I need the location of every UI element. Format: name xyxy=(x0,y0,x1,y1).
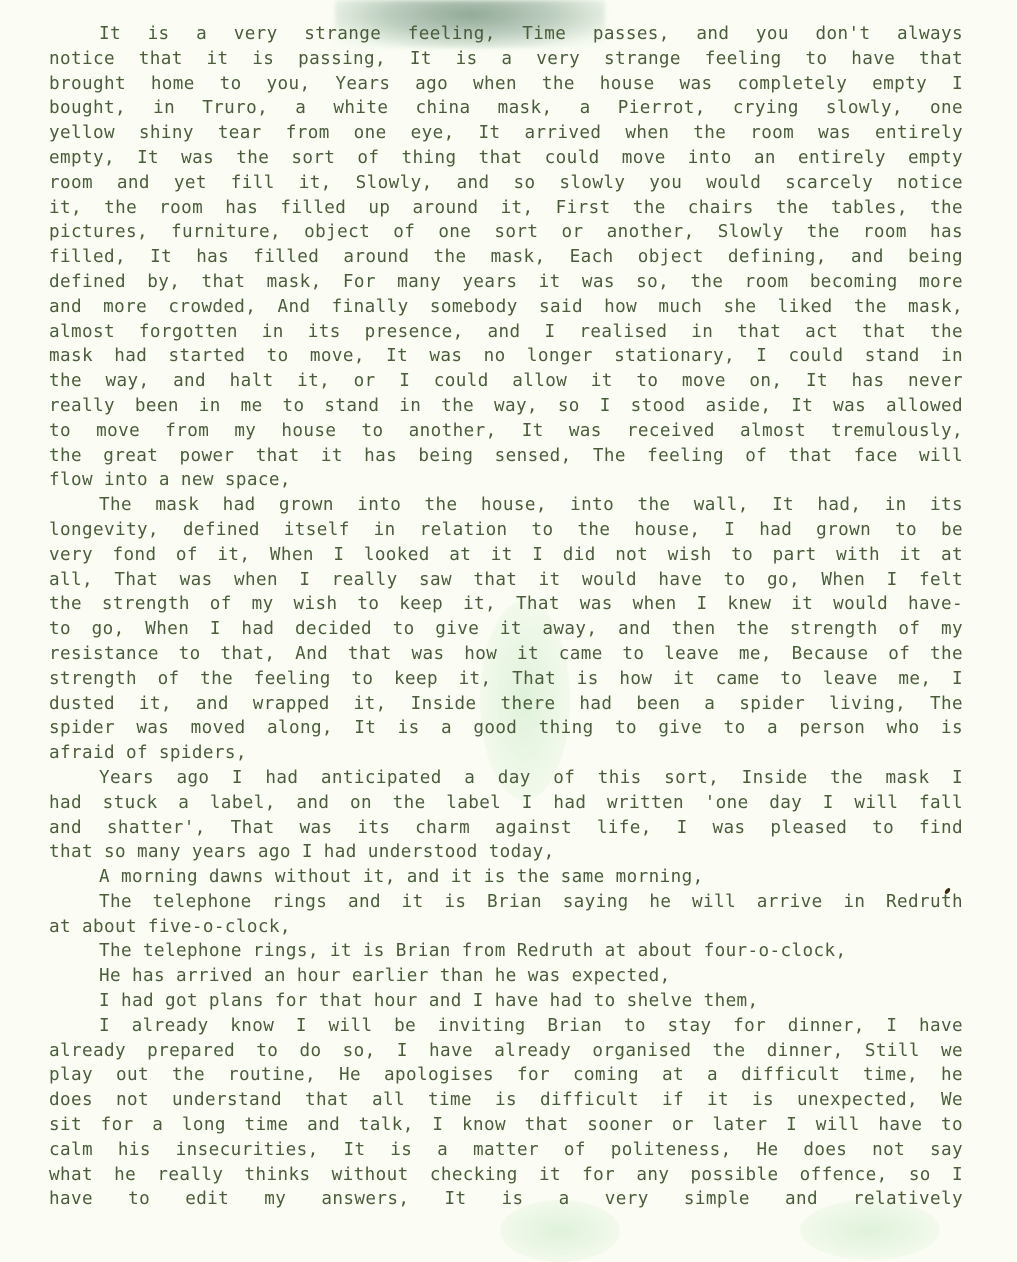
text-line: room and yet fill it, Slowly, and so slo… xyxy=(49,171,963,196)
paragraph: He has arrived an hour earlier than he w… xyxy=(49,964,963,989)
text-line: all, That was when I really saw that it … xyxy=(49,568,963,593)
text-line: and shatter', That was its charm against… xyxy=(49,816,963,841)
text-line: A morning dawns without it, and it is th… xyxy=(49,865,963,890)
text-line: bought, in Truro, a white china mask, a … xyxy=(49,96,963,121)
paragraph: A morning dawns without it, and it is th… xyxy=(49,865,963,890)
typed-page: It is a very strange feeling, Time passe… xyxy=(49,22,963,1212)
text-line: yellow shiny tear from one eye, It arriv… xyxy=(49,121,963,146)
text-line: very fond of it, When I looked at it I d… xyxy=(49,543,963,568)
text-line: The mask had grown into the house, into … xyxy=(49,493,963,518)
text-line: flow into a new space, xyxy=(49,468,963,493)
text-line: and more crowded, And finally somebody s… xyxy=(49,295,963,320)
text-line: longevity, defined itself in relation to… xyxy=(49,518,963,543)
paragraph: The telephone rings and it is Brian sayi… xyxy=(49,890,963,940)
text-line: spider was moved along, It is a good thi… xyxy=(49,716,963,741)
paragraph: The mask had grown into the house, into … xyxy=(49,493,963,766)
text-line: the great power that it has being sensed… xyxy=(49,444,963,469)
text-line: The telephone rings and it is Brian sayi… xyxy=(49,890,963,915)
text-line: empty, It was the sort of thing that cou… xyxy=(49,146,963,171)
text-line: resistance to that, And that was how it … xyxy=(49,642,963,667)
text-line: what he really thinks without checking i… xyxy=(49,1163,963,1188)
text-line: He has arrived an hour earlier than he w… xyxy=(49,964,963,989)
text-line: notice that it is passing, It is a very … xyxy=(49,47,963,72)
text-line: almost forgotten in its presence, and I … xyxy=(49,320,963,345)
text-line: defined by, that mask, For many years it… xyxy=(49,270,963,295)
text-line: the strength of my wish to keep it, That… xyxy=(49,592,963,617)
paragraph: The telephone rings, it is Brian from Re… xyxy=(49,939,963,964)
text-line: sit for a long time and talk, I know tha… xyxy=(49,1113,963,1138)
text-line: filled, It has filled around the mask, E… xyxy=(49,245,963,270)
text-line: had stuck a label, and on the label I ha… xyxy=(49,791,963,816)
paragraph: Years ago I had anticipated a day of thi… xyxy=(49,766,963,865)
paragraph: I already know I will be inviting Brian … xyxy=(49,1014,963,1212)
text-line: calm his insecurities, It is a matter of… xyxy=(49,1138,963,1163)
text-line: play out the routine, He apologises for … xyxy=(49,1063,963,1088)
text-line: does not understand that all time is dif… xyxy=(49,1088,963,1113)
text-line: Years ago I had anticipated a day of thi… xyxy=(49,766,963,791)
text-line: that so many years ago I had understood … xyxy=(49,840,963,865)
text-line: the way, and halt it, or I could allow i… xyxy=(49,369,963,394)
text-line: The telephone rings, it is Brian from Re… xyxy=(49,939,963,964)
text-line: I already know I will be inviting Brian … xyxy=(49,1014,963,1039)
text-line: it, the room has filled up around it, Fi… xyxy=(49,196,963,221)
text-line: It is a very strange feeling, Time passe… xyxy=(49,22,963,47)
text-line: to go, When I had decided to give it awa… xyxy=(49,617,963,642)
text-line: already prepared to do so, I have alread… xyxy=(49,1039,963,1064)
text-line: to move from my house to another, It was… xyxy=(49,419,963,444)
text-line: mask had started to move, It was no long… xyxy=(49,344,963,369)
text-line: really been in me to stand in the way, s… xyxy=(49,394,963,419)
text-line: brought home to you, Years ago when the … xyxy=(49,72,963,97)
text-line: at about five-o-clock, xyxy=(49,915,963,940)
text-line: strength of the feeling to keep it, That… xyxy=(49,667,963,692)
text-line: I had got plans for that hour and I have… xyxy=(49,989,963,1014)
text-line: afraid of spiders, xyxy=(49,741,963,766)
paragraph: I had got plans for that hour and I have… xyxy=(49,989,963,1014)
text-line: have to edit my answers, It is a very si… xyxy=(49,1187,963,1212)
text-line: pictures, furniture, object of one sort … xyxy=(49,220,963,245)
text-line: dusted it, and wrapped it, Inside there … xyxy=(49,692,963,717)
paragraph: It is a very strange feeling, Time passe… xyxy=(49,22,963,493)
